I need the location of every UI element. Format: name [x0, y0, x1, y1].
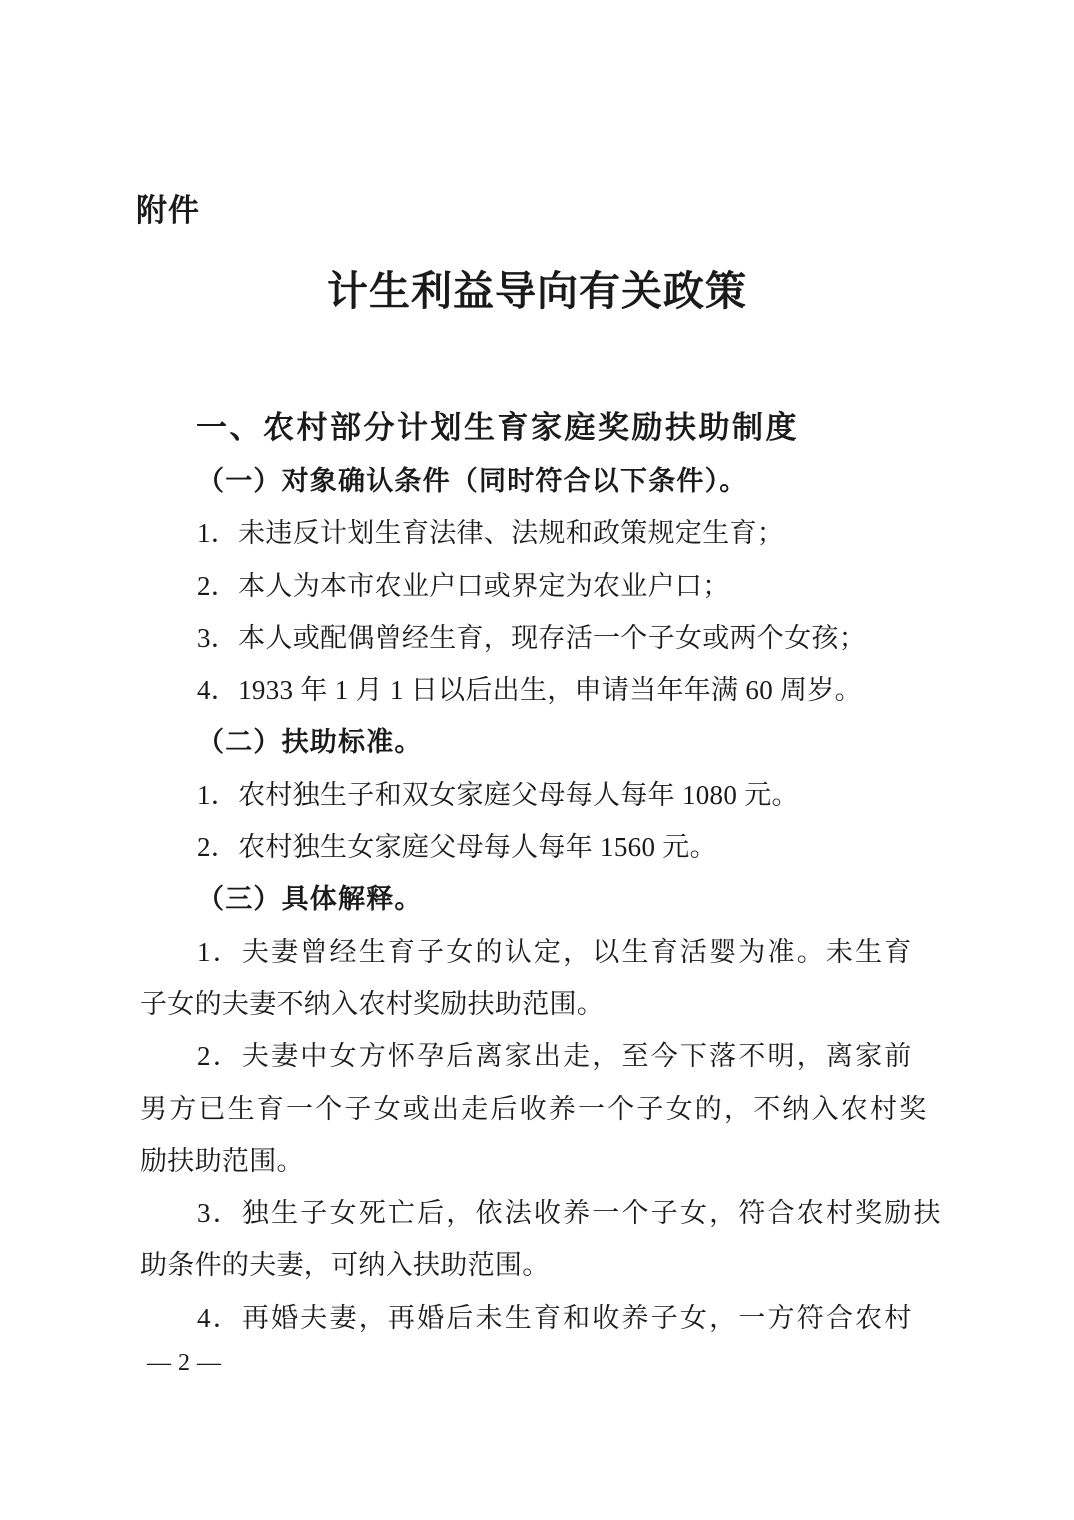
explain-item-2-line-2: 男方已生育一个子女或出走后收养一个子女的，不纳入农村奖 — [140, 1083, 940, 1135]
explain-item-2-line-1: 2．夫妻中女方怀孕后离家出走，至今下落不明，离家前 — [140, 1030, 940, 1082]
explain-item-3-line-2: 助条件的夫妻，可纳入扶助范围。 — [140, 1239, 940, 1291]
explain-item-1-line-1: 1．夫妻曾经生育子女的认定，以生育活婴为准。未生育 — [140, 926, 940, 978]
subheading-1: （一）对象确认条件（同时符合以下条件）。 — [140, 455, 940, 507]
condition-item-2: 2．本人为本市农业户口或界定为农业户口； — [140, 560, 940, 612]
explain-item-2-line-3: 励扶助范围。 — [140, 1135, 940, 1187]
standard-item-2: 2．农村独生女家庭父母每人每年 1560 元。 — [140, 821, 940, 873]
explain-item-4-line-1: 4．再婚夫妻，再婚后未生育和收养子女，一方符合农村 — [140, 1292, 940, 1344]
footer-dash-left: — — [141, 1350, 178, 1376]
attachment-label: 附件 — [136, 192, 200, 230]
condition-item-3: 3．本人或配偶曾经生育，现存活一个子女或两个女孩； — [140, 612, 940, 664]
subheading-3: （三）具体解释。 — [140, 873, 940, 925]
document-page: 附件 计生利益导向有关政策 一、农村部分计划生育家庭奖励扶助制度 （一）对象确认… — [0, 0, 1074, 1520]
footer-dash-right: — — [191, 1350, 228, 1376]
condition-item-1: 1．未违反计划生育法律、法规和政策规定生育； — [140, 507, 940, 559]
explain-item-3-line-1: 3．独生子女死亡后，依法收养一个子女，符合农村奖励扶 — [140, 1187, 940, 1239]
document-title: 计生利益导向有关政策 — [0, 263, 1074, 319]
page-number: 2 — [178, 1350, 191, 1376]
subheading-2: （二）扶助标准。 — [140, 716, 940, 768]
section-heading: 一、农村部分计划生育家庭奖励扶助制度 — [196, 406, 799, 450]
page-footer: —2— — [141, 1346, 228, 1380]
standard-item-1: 1．农村独生子和双女家庭父母每人每年 1080 元。 — [140, 769, 940, 821]
body-text: （一）对象确认条件（同时符合以下条件）。 1．未违反计划生育法律、法规和政策规定… — [140, 455, 940, 1344]
condition-item-4: 4．1933 年 1 月 1 日以后出生，申请当年年满 60 周岁。 — [140, 664, 940, 716]
explain-item-1-line-2: 子女的夫妻不纳入农村奖励扶助范围。 — [140, 978, 940, 1030]
